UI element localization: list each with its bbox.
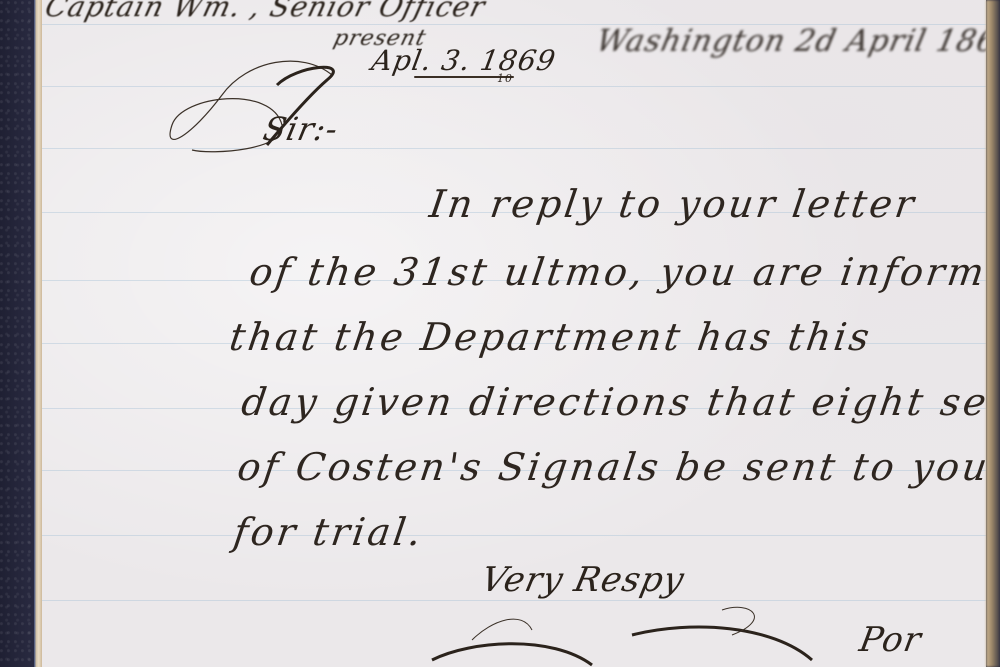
mat-bevel-edge xyxy=(34,0,42,667)
salutation: Sir:- xyxy=(260,110,342,148)
body-line-6: for trial. xyxy=(231,510,427,554)
body-line-5: of Costen's Signals be sent to you xyxy=(235,445,986,489)
frame-right-edge xyxy=(986,0,1000,667)
recipient-line: Captain Wm. , Senior Officer xyxy=(42,0,489,23)
received-date: Apl. 3. 1869 xyxy=(369,44,559,77)
ruled-line xyxy=(42,535,986,536)
body-line-1: In reply to your letter xyxy=(427,182,920,226)
closing: Very Respy xyxy=(478,560,688,600)
body-line-3: that the Department has this xyxy=(227,315,875,359)
place-date: Washington 2d April 1869 xyxy=(593,24,986,59)
letter-paper: Captain Wm. , Senior Officer present Apl… xyxy=(42,0,986,667)
received-mark: 10 xyxy=(497,72,513,85)
body-line-4: day given directions that eight sets xyxy=(239,380,986,424)
body-line-2: of the 31st ultmo, you are informed xyxy=(247,250,986,294)
dark-mat-border xyxy=(0,0,36,667)
photo-scene: Captain Wm. , Senior Officer present Apl… xyxy=(0,0,1000,667)
signature-fragment: Por xyxy=(856,620,924,660)
